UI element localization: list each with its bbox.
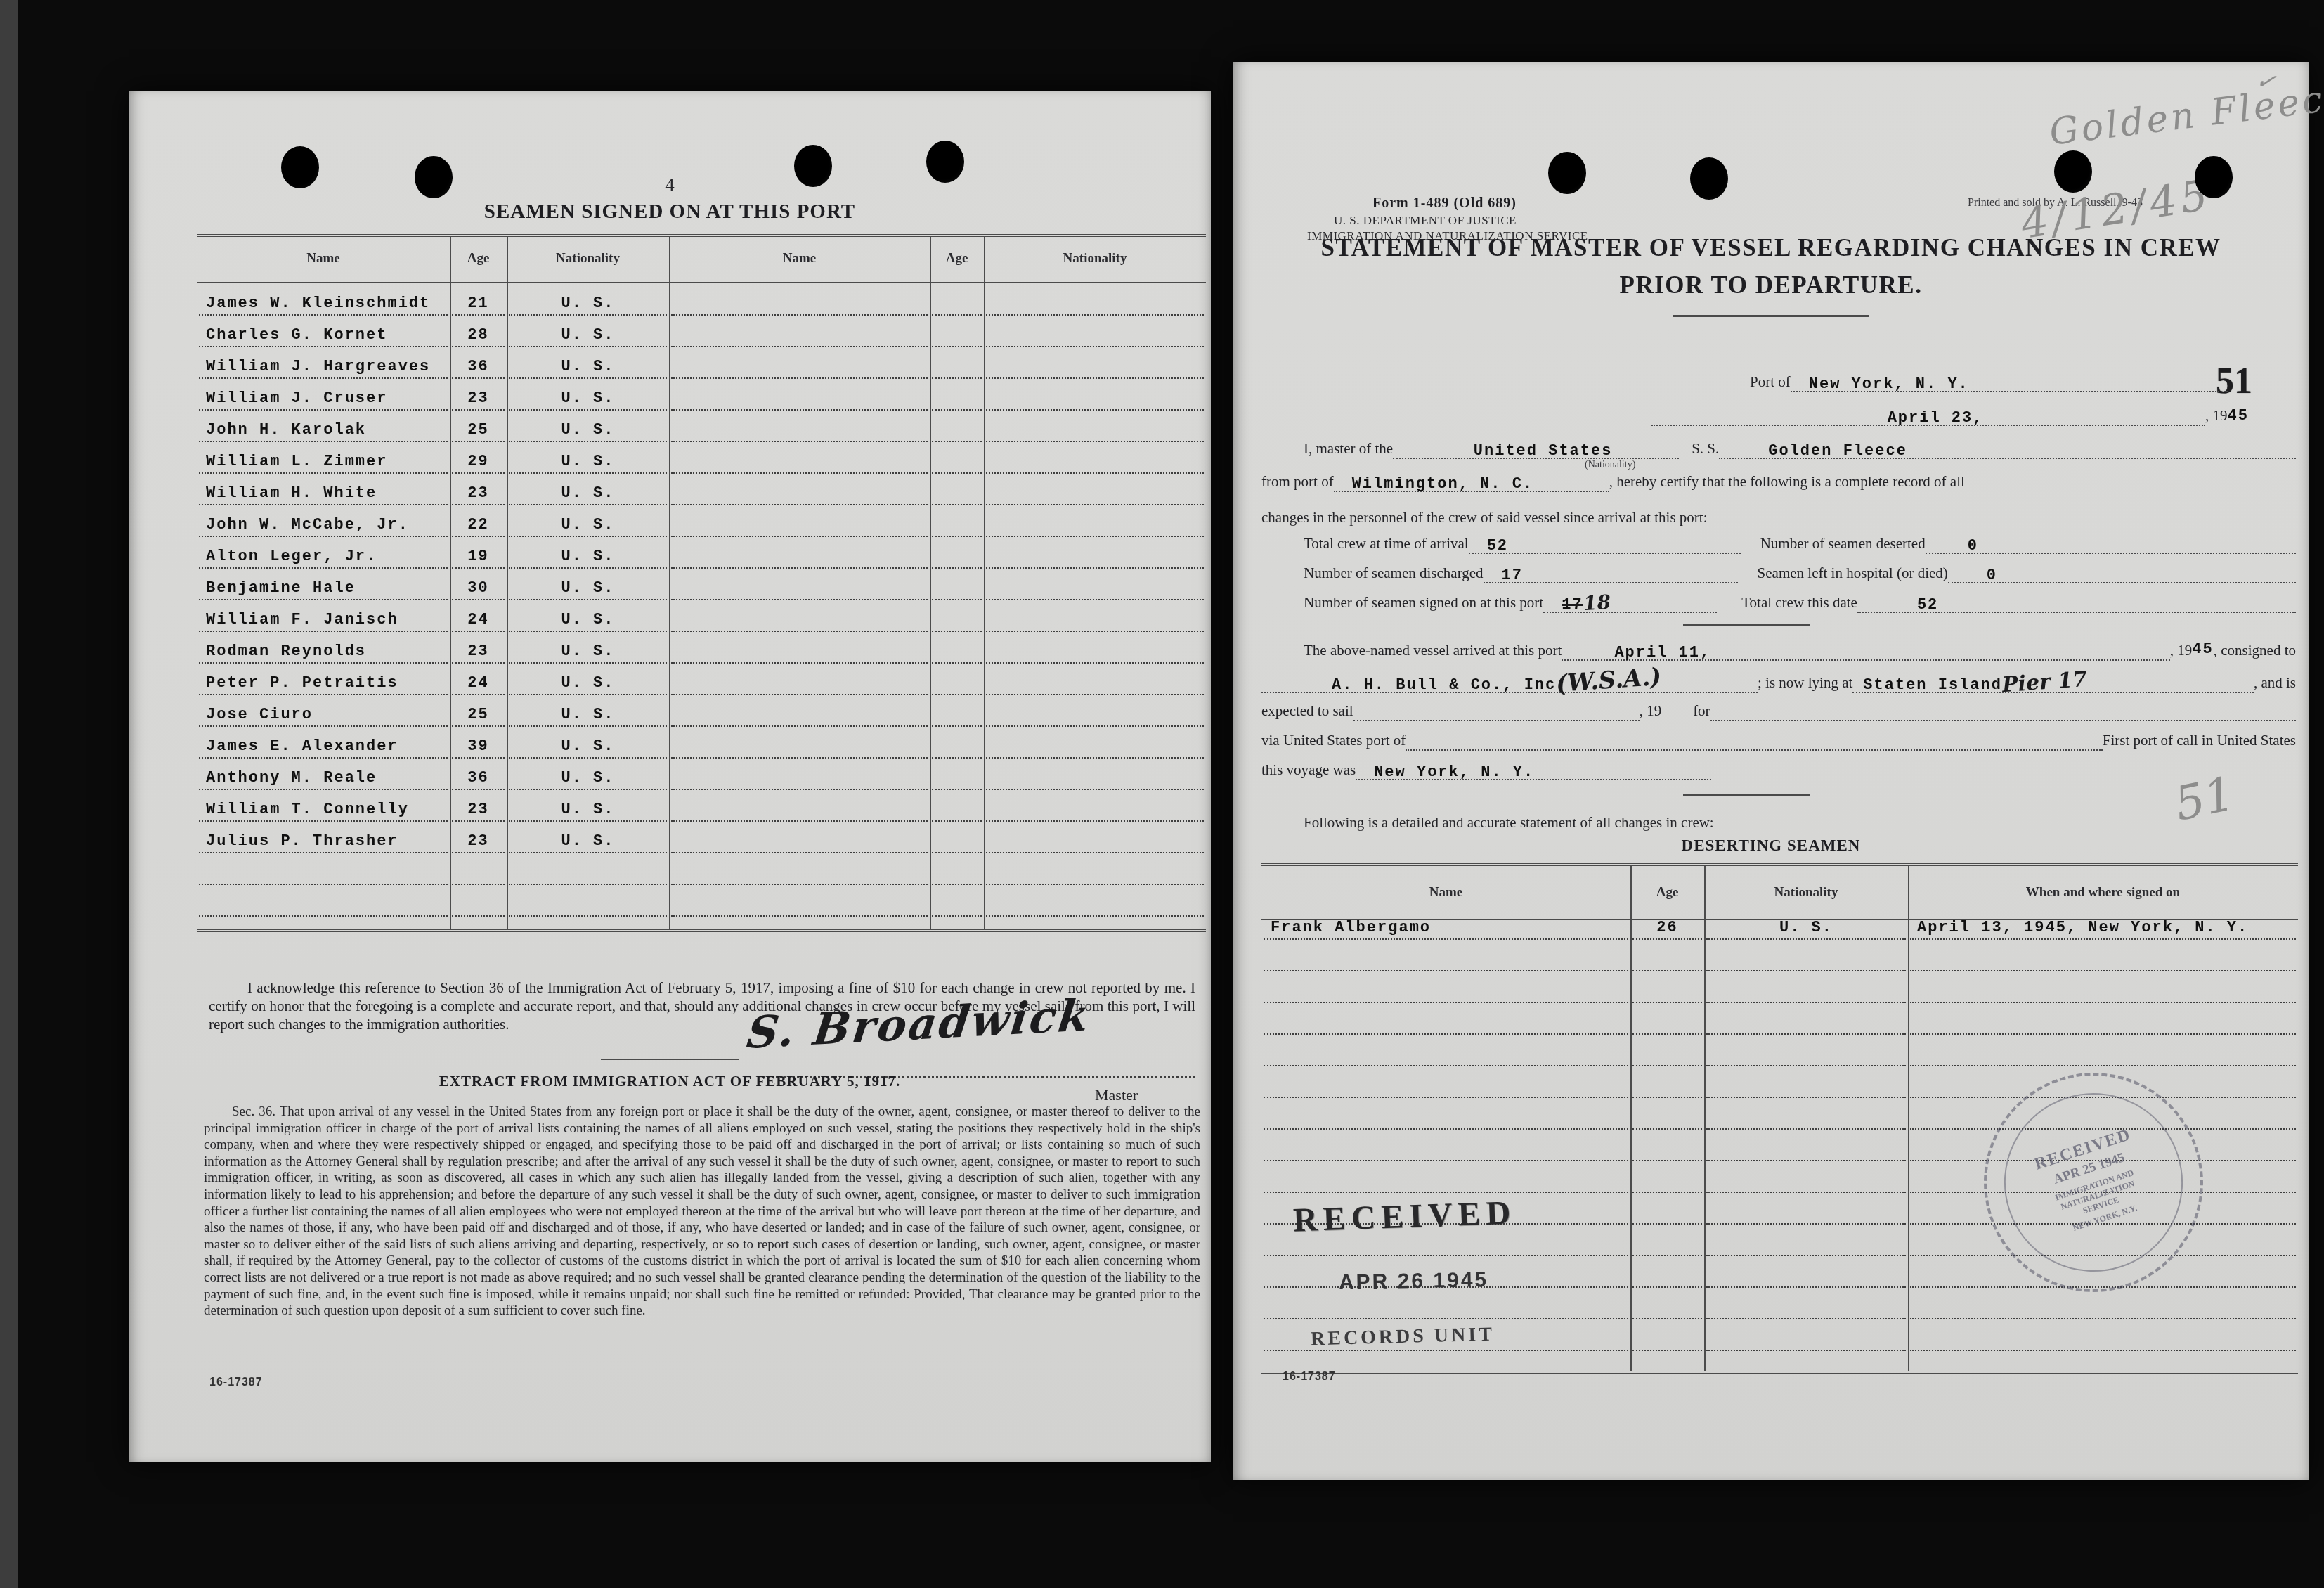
crew-nationality-cell-2 [986, 480, 1204, 505]
date-year-prefix: , 19 [2205, 407, 2228, 426]
port-field: New York, N. Y. [1791, 373, 2228, 392]
crew-name-cell-value: James E. Alexander [206, 737, 398, 755]
deserter-age-cell: 26 [1632, 916, 1702, 940]
crew-table-row: William L. Zimmer29U. S. [197, 448, 1206, 474]
crew-age-cell-value: 23 [467, 484, 488, 502]
crew-nationality-cell: U. S. [509, 480, 667, 505]
crew-nationality-cell-2 [986, 322, 1204, 347]
date-year-value: 45 [2228, 407, 2249, 425]
crew-table-row: James W. Kleinschmidt21U. S. [197, 290, 1206, 316]
crew-age-cell-value: 24 [467, 674, 488, 692]
total-crew-field: 52 [1469, 535, 1741, 554]
crew-nationality-cell-value: U. S. [561, 832, 614, 850]
from-port-value: Wilmington, N. C. [1352, 475, 1533, 493]
crew-age-cell: 36 [452, 765, 505, 790]
arrived-line: The above-named vessel arrived at this p… [1304, 633, 2296, 661]
crew-name-cell: John H. Karolak [199, 417, 448, 442]
crew-table-row: William J. Hargreaves36U. S. [197, 354, 1206, 379]
consignee-line: A. H. Bull & Co., Inc (W.S.A.) ; is now … [1261, 662, 2296, 693]
crew-age-cell: 25 [452, 417, 505, 442]
crew-age-cell-2 [932, 512, 982, 537]
vessel-field: Golden Fleece [1719, 440, 2296, 459]
deserter-name-cell [1264, 1106, 1628, 1130]
col-header-signed-on: When and where signed on [1908, 866, 2298, 919]
crew-name-cell: James E. Alexander [199, 733, 448, 759]
deserter-nationality-cell [1706, 979, 1906, 1003]
crew-age-cell-2 [932, 322, 982, 347]
left-page-title: SEAMEN SIGNED ON AT THIS PORT [143, 200, 1197, 224]
col-header-age: Age [1630, 866, 1704, 919]
crew-name-cell-2 [671, 290, 928, 316]
crew-nationality-cell-value: U. S. [561, 326, 614, 344]
deserter-nationality-cell [1706, 1232, 1906, 1256]
deserter-age-cell [1632, 1137, 1702, 1161]
deserter-age-cell [1632, 1232, 1702, 1256]
crew-nationality-cell: U. S. [509, 607, 667, 632]
crew-nationality-cell: U. S. [509, 417, 667, 442]
consignee-value: A. H. Bull & Co., Inc [1332, 676, 1556, 694]
crew-nationality-cell-value: U. S. [561, 421, 614, 439]
crew-table-row: James E. Alexander39U. S. [197, 733, 1206, 759]
port-line: Port of New York, N. Y. [1750, 364, 2228, 392]
deserter-nationality-cell [1706, 1074, 1906, 1098]
crew-name-cell-2 [671, 512, 928, 537]
crew-name-cell-2 [671, 638, 928, 664]
crew-age-cell-2 [932, 765, 982, 790]
crew-table-row: Benjamine Hale30U. S. [197, 575, 1206, 600]
crew-nationality-cell: U. S. [509, 702, 667, 727]
arrived-field: April 11, [1562, 642, 2169, 661]
deserter-age-cell [1632, 1264, 1702, 1288]
crew-name-cell-value: Charles G. Kornet [206, 326, 387, 344]
crew-nationality-cell-2 [986, 765, 1204, 790]
form-print-number: 16-17387 [1283, 1371, 1336, 1383]
crew-table-row: Anthony M. Reale36U. S. [197, 765, 1206, 790]
expected-label: expected to sail [1261, 702, 1353, 721]
crew-counts-line3: Number of seamen signed on at this port … [1304, 585, 2296, 613]
crew-nationality-cell-2 [986, 290, 1204, 316]
hospital-value: 0 [1987, 567, 1997, 584]
deserter-signed-on-cell [1910, 1042, 2296, 1066]
deserter-signed-on-cell [1910, 1296, 2296, 1319]
via-label: via United States port of [1261, 732, 1406, 751]
certify-text2: changes in the personnel of the crew of … [1261, 509, 1707, 527]
vessel-value: Golden Fleece [1768, 442, 1907, 460]
crew-name-cell: William J. Cruser [199, 385, 448, 411]
crew-nationality-cell-2 [986, 860, 1204, 885]
crew-nationality-cell: U. S. [509, 670, 667, 695]
deserter-signed-on-cell [1910, 1327, 2296, 1351]
section-rule [1683, 794, 1810, 796]
extract-heading: EXTRACT FROM IMMIGRATION ACT OF FEBRUARY… [143, 1073, 1197, 1090]
crew-age-cell-2 [932, 828, 982, 853]
hospital-label: Seamen left in hospital (or died) [1738, 564, 1948, 583]
expected-sail-line: expected to sail , 19 for [1261, 693, 2296, 721]
hole-punch [794, 145, 832, 187]
crew-name-cell-2 [671, 480, 928, 505]
deserter-age-cell [1632, 1011, 1702, 1035]
deserter-name-cell: Frank Albergamo [1264, 916, 1628, 940]
consignee-field: A. H. Bull & Co., Inc (W.S.A.) [1261, 664, 1758, 693]
crew-age-cell: 23 [452, 385, 505, 411]
col-header-name-2: Name [669, 237, 930, 280]
from-port-label: from port of [1261, 473, 1334, 492]
crew-name-cell-2 [671, 385, 928, 411]
crew-nationality-cell-value: U. S. [561, 706, 614, 723]
crew-name-cell-value: Alton Leger, Jr. [206, 548, 377, 565]
crew-age-cell-2 [932, 480, 982, 505]
deserting-seaman-row [1261, 979, 2298, 1003]
arrived-year-prefix: , 19 [2170, 642, 2193, 661]
deserting-seaman-row [1261, 1296, 2298, 1319]
deserted-value: 0 [1968, 537, 1978, 555]
crew-age-cell-2 [932, 417, 982, 442]
crew-nationality-cell-2 [986, 796, 1204, 822]
crew-table-row: William T. Connelly23U. S. [197, 796, 1206, 822]
crew-age-cell: 23 [452, 480, 505, 505]
crew-name-cell-value: James W. Kleinschmidt [206, 295, 430, 312]
crew-name-cell [199, 860, 448, 885]
crew-age-cell-2 [932, 543, 982, 569]
crew-counts-line1: Total crew at time of arrival 52 Number … [1304, 526, 2296, 554]
crew-name-cell-value: William H. White [206, 484, 377, 502]
crew-name-cell: William H. White [199, 480, 448, 505]
deserter-nationality-cell [1706, 1137, 1906, 1161]
deserting-seaman-row: Frank Albergamo26U. S.April 13, 1945, Ne… [1261, 916, 2298, 940]
hospital-field: 0 [1948, 564, 2296, 583]
crew-age-cell: 28 [452, 322, 505, 347]
crew-name-cell-2 [671, 891, 928, 917]
discharged-label: Number of seamen discharged [1304, 564, 1484, 583]
crew-nationality-cell [509, 860, 667, 885]
crew-name-cell-value: Jose Ciuro [206, 706, 313, 723]
deserter-name-cell [1264, 1137, 1628, 1161]
deserter-nationality-cell [1706, 1201, 1906, 1225]
crew-age-cell-value: 21 [467, 295, 488, 312]
col-header-name: Name [1261, 866, 1630, 919]
deserter-name-cell [1264, 1011, 1628, 1035]
crew-nationality-cell-value: U. S. [561, 548, 614, 565]
crew-name-cell-2 [671, 702, 928, 727]
crew-name-cell: Alton Leger, Jr. [199, 543, 448, 569]
crew-nationality-cell-2 [986, 385, 1204, 411]
deserter-name-cell [1264, 1074, 1628, 1098]
crew-name-cell: John W. McCabe, Jr. [199, 512, 448, 537]
crew-table: Name Age Nationality Name Age Nationalit… [197, 234, 1206, 932]
received-date-stamp: APR 26 1945 [1339, 1268, 1489, 1295]
crew-name-cell-2 [671, 670, 928, 695]
hole-punch [281, 146, 319, 188]
scanner-edge [0, 0, 18, 1588]
crew-nationality-cell-2 [986, 670, 1204, 695]
crew-name-cell-2 [671, 733, 928, 759]
expected-year-label: , 19 [1640, 702, 1662, 721]
via-port-field [1406, 749, 2102, 751]
first-port-label: First port of call in United States [2103, 732, 2296, 751]
crew-nationality-cell: U. S. [509, 796, 667, 822]
master-line: I, master of the United States S. S. Gol… [1304, 431, 2296, 459]
crew-nationality-cell-2 [986, 828, 1204, 853]
crew-nationality-cell-2 [986, 448, 1204, 474]
crew-age-cell-value: 22 [467, 516, 488, 534]
crew-name-cell: Jose Ciuro [199, 702, 448, 727]
crew-name-cell-value: John H. Karolak [206, 421, 366, 439]
deserter-age-cell [1632, 1296, 1702, 1319]
crew-age-cell-2 [932, 354, 982, 379]
via-port-line: via United States port of First port of … [1261, 723, 2296, 751]
deserter-name-cell [1264, 1169, 1628, 1193]
following-text: Following is a detailed and accurate sta… [1304, 814, 1714, 832]
total-date-label: Total crew this date [1717, 594, 1857, 613]
crew-nationality-cell-2 [986, 702, 1204, 727]
deserter-age-cell [1632, 979, 1702, 1003]
signed-on-struck-value: 17 [1562, 596, 1583, 614]
crew-age-cell-value: 23 [467, 643, 488, 660]
deserter-nationality-cell [1706, 1296, 1906, 1319]
crew-nationality-cell-2 [986, 354, 1204, 379]
crew-name-cell-2 [671, 543, 928, 569]
crew-table-row: Alton Leger, Jr.19U. S. [197, 543, 1206, 569]
hole-punch [1690, 157, 1728, 200]
discharged-field: 17 [1484, 564, 1738, 583]
hole-punch [926, 141, 964, 183]
crew-name-cell: James W. Kleinschmidt [199, 290, 448, 316]
crew-nationality-cell-value: U. S. [561, 358, 614, 375]
crew-nationality-cell-2 [986, 891, 1204, 917]
date-value: April 23, [1888, 409, 1984, 427]
deserter-name-cell [1264, 1296, 1628, 1319]
crew-age-cell-2 [932, 733, 982, 759]
crew-age-cell: 23 [452, 796, 505, 822]
crew-table-row: William F. Janisch24U. S. [197, 607, 1206, 632]
deserting-seaman-row [1261, 1011, 2298, 1035]
crew-age-cell-value: 39 [467, 737, 488, 755]
crew-table-row: John H. Karolak25U. S. [197, 417, 1206, 442]
crew-age-cell-2 [932, 860, 982, 885]
crew-table-row: Jose Ciuro25U. S. [197, 702, 1206, 727]
crew-age-cell-2 [932, 575, 982, 600]
deserter-age-cell-value: 26 [1656, 919, 1677, 936]
col-header-name: Name [197, 237, 450, 280]
signed-on-corrected-value: 18 [1582, 590, 1611, 616]
crew-name-cell-2 [671, 575, 928, 600]
crew-nationality-cell-value: U. S. [561, 295, 614, 312]
nationality-field: United States [1393, 440, 1679, 459]
section-rule [1683, 624, 1810, 626]
total-crew-label: Total crew at time of arrival [1304, 535, 1469, 554]
crew-name-cell-value: John W. McCabe, Jr. [206, 516, 409, 534]
crew-table-header: Name Age Nationality Name Age Nationalit… [197, 237, 1206, 283]
crew-table-row: William H. White23U. S. [197, 480, 1206, 505]
crew-age-cell-value: 25 [467, 706, 488, 723]
deserter-signed-on-cell-value: April 13, 1945, New York, N. Y. [1917, 919, 2248, 936]
title-underline [1673, 315, 1869, 317]
crew-name-cell [199, 891, 448, 917]
crew-nationality-cell-value: U. S. [561, 484, 614, 502]
date-field: April 23, [1651, 407, 2205, 426]
crew-nationality-cell: U. S. [509, 322, 667, 347]
crew-age-cell-value: 23 [467, 801, 488, 818]
crew-age-cell [452, 891, 505, 917]
crew-nationality-cell-value: U. S. [561, 769, 614, 787]
crew-age-cell: 30 [452, 575, 505, 600]
expected-date-field [1353, 720, 1640, 721]
voyage-line: this voyage was New York, N. Y. [1261, 752, 1711, 780]
crew-name-cell-value: William F. Janisch [206, 611, 398, 628]
crew-nationality-cell-value: U. S. [561, 643, 614, 660]
crew-name-cell-2 [671, 860, 928, 885]
crew-age-cell-2 [932, 670, 982, 695]
crew-nationality-cell: U. S. [509, 290, 667, 316]
crew-table-row: John W. McCabe, Jr.22U. S. [197, 512, 1206, 537]
col-header-nationality: Nationality [507, 237, 669, 280]
section-divider [601, 1059, 739, 1064]
crew-nationality-cell-2 [986, 607, 1204, 632]
crew-age-cell-2 [932, 891, 982, 917]
crew-name-cell-2 [671, 607, 928, 632]
crew-age-cell-2 [932, 796, 982, 822]
right-page: Form 1-489 (Old 689) U. S. DEPARTMENT OF… [1233, 62, 2309, 1480]
deserted-label: Number of seamen deserted [1741, 535, 1926, 554]
master-label: I, master of the [1304, 440, 1393, 459]
extract-paragraph: Sec. 36. That upon arrival of any vessel… [204, 1104, 1200, 1319]
pencil-vessel-note: Golden Fleece [2047, 75, 2324, 154]
hole-punch [1548, 152, 1586, 194]
received-stamp: RECEIVED [1292, 1193, 1517, 1239]
col-header-nationality-2: Nationality [984, 237, 1206, 280]
crew-age-cell: 23 [452, 638, 505, 664]
crew-nationality-cell-value: U. S. [561, 516, 614, 534]
deserter-age-cell [1632, 1201, 1702, 1225]
crew-nationality-cell-value: U. S. [561, 453, 614, 470]
deserter-signed-on-cell [1910, 1011, 2296, 1035]
deserter-signed-on-cell [1910, 948, 2296, 971]
discharged-value: 17 [1502, 567, 1523, 584]
crew-name-cell: Charles G. Kornet [199, 322, 448, 347]
crew-nationality-cell: U. S. [509, 512, 667, 537]
crew-age-cell-value: 36 [467, 769, 488, 787]
col-header-age: Age [450, 237, 507, 280]
crew-name-cell-2 [671, 322, 928, 347]
hole-punch [2195, 156, 2233, 198]
crew-nationality-cell: U. S. [509, 354, 667, 379]
crew-age-cell: 29 [452, 448, 505, 474]
crew-age-cell: 24 [452, 670, 505, 695]
crew-name-cell: William F. Janisch [199, 607, 448, 632]
deserter-nationality-cell [1706, 1106, 1906, 1130]
crew-age-cell-value: 25 [467, 421, 488, 439]
crew-name-cell-2 [671, 354, 928, 379]
crew-nationality-cell-2 [986, 512, 1204, 537]
hole-punch [2054, 150, 2092, 193]
crew-age-cell-value: 23 [467, 832, 488, 850]
crew-age-cell: 24 [452, 607, 505, 632]
and-is-label: , and is [2254, 674, 2296, 693]
deserter-signed-on-cell [1910, 979, 2296, 1003]
crew-age-cell-2 [932, 607, 982, 632]
crew-name-cell-value: Anthony M. Reale [206, 769, 377, 787]
crew-nationality-cell-2 [986, 417, 1204, 442]
crew-age-cell-2 [932, 638, 982, 664]
crew-nationality-cell-value: U. S. [561, 389, 614, 407]
deserter-age-cell [1632, 1042, 1702, 1066]
signed-on-label: Number of seamen signed on at this port [1304, 594, 1543, 613]
crew-age-cell: 22 [452, 512, 505, 537]
crew-nationality-cell: U. S. [509, 765, 667, 790]
crew-name-cell-value: Benjamine Hale [206, 579, 356, 597]
deserter-age-cell [1632, 1106, 1702, 1130]
pencil-page-number: 51 [2170, 766, 2239, 832]
deserter-name-cell [1264, 979, 1628, 1003]
crew-name-cell: William T. Connelly [199, 796, 448, 822]
deserter-nationality-cell [1706, 948, 1906, 971]
crew-age-cell-2 [932, 448, 982, 474]
crew-table-row: Rodman Reynolds23U. S. [197, 638, 1206, 664]
deserter-name-cell [1264, 1042, 1628, 1066]
deserter-nationality-cell [1706, 1264, 1906, 1288]
lying-value: Staten Island [1863, 676, 2002, 694]
form-print-number: 16-17387 [209, 1376, 263, 1389]
crew-table-row: William J. Cruser23U. S. [197, 385, 1206, 411]
deserter-nationality-cell [1706, 1327, 1906, 1351]
deserter-age-cell [1632, 1074, 1702, 1098]
voyage-field: New York, N. Y. [1356, 761, 1711, 780]
deserter-nationality-cell [1706, 1011, 1906, 1035]
crew-name-cell-value: William L. Zimmer [206, 453, 387, 470]
arrived-date: April 11, [1614, 644, 1710, 661]
nationality-value: United States [1474, 442, 1613, 460]
total-crew-value: 52 [1487, 537, 1508, 555]
crew-nationality-cell-value: U. S. [561, 611, 614, 628]
crew-table-row [197, 860, 1206, 885]
crew-nationality-cell-2 [986, 543, 1204, 569]
crew-age-cell-2 [932, 290, 982, 316]
crew-name-cell-value: William T. Connelly [206, 801, 409, 818]
crew-age-cell-2 [932, 385, 982, 411]
crew-nationality-cell-2 [986, 733, 1204, 759]
left-page: 4 SEAMEN SIGNED ON AT THIS PORT Name Age… [129, 91, 1211, 1462]
deserted-field: 0 [1926, 535, 2296, 554]
from-port-line: from port of Wilmington, N. C. , hereby … [1261, 464, 2296, 492]
destination-field [1710, 720, 2296, 721]
crew-name-cell: Anthony M. Reale [199, 765, 448, 790]
crew-age-cell: 25 [452, 702, 505, 727]
deserting-seaman-row [1261, 948, 2298, 971]
total-date-field: 52 [1857, 594, 2296, 613]
crew-name-cell-value: Peter P. Petraitis [206, 674, 398, 692]
crew-nationality-cell: U. S. [509, 448, 667, 474]
deserter-name-cell [1264, 948, 1628, 971]
crew-name-cell-2 [671, 796, 928, 822]
crew-age-cell-value: 30 [467, 579, 488, 597]
deserter-age-cell [1632, 1327, 1702, 1351]
crew-age-cell-2 [932, 702, 982, 727]
certify-text: , hereby certify that the following is a… [1609, 473, 1965, 492]
crew-nationality-cell: U. S. [509, 575, 667, 600]
ss-label: S. S. [1679, 440, 1719, 459]
crew-nationality-cell: U. S. [509, 543, 667, 569]
crew-name-cell-value: William J. Cruser [206, 389, 387, 407]
voyage-label: this voyage was [1261, 761, 1356, 780]
crew-nationality-cell: U. S. [509, 733, 667, 759]
deserting-seaman-row [1261, 1042, 2298, 1066]
deserter-nationality-cell [1706, 1169, 1906, 1193]
from-port-field: Wilmington, N. C. [1334, 473, 1609, 492]
statement-title-line1: STATEMENT OF MASTER OF VESSEL REGARDING … [1244, 234, 2298, 262]
deserter-nationality-cell-value: U. S. [1779, 919, 1833, 936]
crew-age-cell: 19 [452, 543, 505, 569]
deserter-name-cell-value: Frank Albergamo [1271, 919, 1431, 936]
